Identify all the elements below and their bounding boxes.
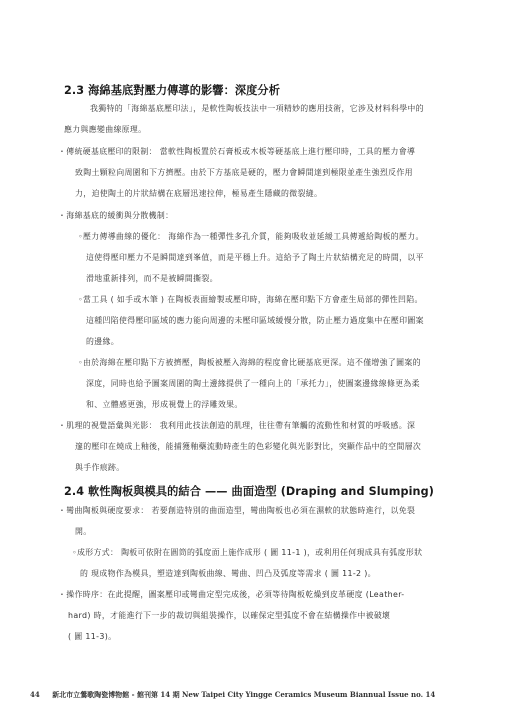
bullet-bending-line-2: 開。: [75, 526, 91, 537]
sub-curve-line-3: 滑地重新排列，而不是被瞬間撕裂。: [86, 273, 218, 284]
sub-tool-line-2: 這種凹陷使得壓印區域的應力能向周邊的未壓印區域緩慢分散，防止壓力過度集中在壓印圖…: [86, 315, 424, 326]
section-heading-2-3: 2.3 海綿基底對壓力傳導的影響：深度分析: [64, 82, 280, 98]
sub-tool-line-3: 的邊緣。: [86, 336, 119, 347]
bullet-hard-base-line-2: 致陶土顆粒向周圍和下方擠壓。由於下方基底是硬的，壓力會瞬間達到極限並產生強烈反作…: [75, 167, 413, 178]
page-footer: 44 新北市立鶯歌陶瓷博物館 - 館刊第 14 期 New Taipei Cit…: [30, 690, 435, 700]
sub-depth-line-2: 深度，同時也給予圖案周圍的陶土邊緣提供了一種向上的「承托力」，使圖案邊緣線條更為…: [86, 378, 420, 389]
bullet-hard-base-line-1: ・傳統硬基底壓印的限制： 當軟性陶板置於石膏板或木板等硬基底上進行壓印時，工具的…: [58, 146, 415, 157]
page-number: 44: [30, 690, 40, 699]
bullet-bending-line-1: ・彎曲陶板與硬度要求： 若要創造特別的曲面造型，彎曲陶板也必須在濕軟的狀態時進行…: [58, 505, 415, 516]
bullet-texture-line-1: ・肌理的視覺語彙與光影： 我利用此技法創造的肌理，往往帶有筆觸的流動性和材質的呼…: [58, 420, 415, 431]
sub-curve-line-2: 這使得壓印壓力不是瞬間達到峯值，而是平穩上升。這給予了陶土片狀結構充足的時間，以…: [86, 252, 424, 263]
bullet-timing-line-2: hard) 時，才能進行下一步的裁切與組裝操作，以確保定型弧度不會在結構操作中被…: [68, 610, 390, 621]
bullet-timing-line-1: ・操作時序：在此提醒，圖案壓印或彎曲定型完成後，必須等待陶板乾燥到皮革硬度 (L…: [58, 589, 404, 600]
sub-forming-line-2: 的 現成物作為模具，塑造達到陶板曲線、彎曲、凹凸及弧度等需求 ( 圖 11-2 …: [80, 568, 376, 579]
sub-depth-line-3: 和、立體感更強，形成視覺上的浮雕效果。: [86, 399, 243, 410]
bullet-timing-line-3: ( 圖 11-3)。: [68, 631, 116, 642]
bullet-texture-line-2: 邃的壓印在燒成上釉後，能捕獲釉藥流動時產生的色彩變化與光影對比，突顯作品中的空間…: [75, 441, 421, 452]
bullet-sponge-title: ・海綿基底的緩衝與分散機制：: [58, 210, 173, 221]
sub-forming-line-1: ◦成形方式： 陶板可依附在圓筒的弧度面上施作成形 ( 圖 11-1 )，或利用任…: [72, 547, 422, 558]
sub-depth-line-1: ◦由於海綿在壓印點下方被擠壓，陶板被壓入海綿的程度會比硬基底更深。這不僅增強了圖…: [78, 357, 421, 368]
bullet-texture-line-3: 與手作痕跡。: [75, 462, 124, 473]
intro-line-2: 應力與應變曲線原理。: [64, 124, 146, 135]
bullet-hard-base-line-3: 力，迫使陶土的片狀結構在底層迅速拉伸，極易產生隱藏的微裂縫。: [75, 188, 322, 199]
intro-line-1: 我獨特的「海綿基底壓印法」，是軟性陶板技法中一項精妙的應用技術，它涉及材料科學中…: [90, 103, 424, 114]
sub-tool-line-1: ◦當工具 ( 如手或木筆 ) 在陶板表面繪製或壓印時，海綿在壓印點下方會產生局部…: [78, 294, 423, 305]
publication-title: 新北市立鶯歌陶瓷博物館 - 館刊第 14 期 New Taipei City Y…: [52, 690, 435, 699]
section-heading-2-4: 2.4 軟性陶板與模具的結合 —— 曲面造型 (Draping and Slum…: [64, 483, 434, 499]
sub-curve-line-1: ◦壓力傳導曲線的優化： 海綿作為一種彈性多孔介質，能夠吸收並延緩工具傳遞給陶板的…: [78, 231, 424, 242]
document-page: 2.3 海綿基底對壓力傳導的影響：深度分析 我獨特的「海綿基底壓印法」，是軟性陶…: [0, 0, 512, 724]
